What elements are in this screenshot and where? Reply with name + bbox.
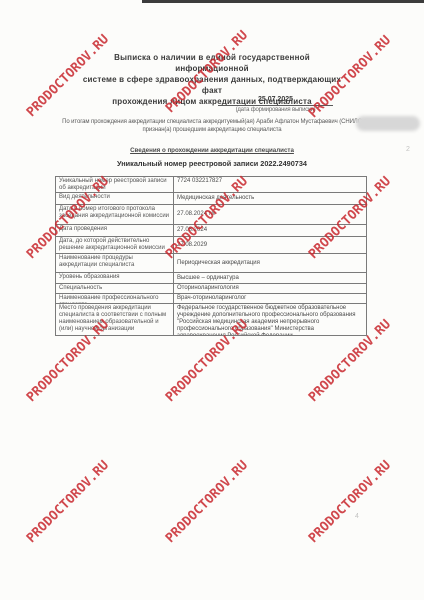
- registry-number-heading: Уникальный номер реестровой записи 2022.…: [42, 159, 382, 168]
- row-label: Дата и номер итогового протокола заседан…: [56, 205, 174, 224]
- issue-date: 25.07.2025: [218, 96, 333, 103]
- row-value: Периодическая аккредитация: [174, 254, 366, 272]
- table-row: Дата проведения 27.08.2024: [56, 224, 366, 236]
- row-value: Оториноларингология: [174, 284, 366, 293]
- snils-redaction-blur: [356, 116, 420, 131]
- scan-artifact: 2: [406, 146, 410, 153]
- row-label: Вид деятельности: [56, 193, 174, 204]
- row-label: Наименование профессионального стандарта: [56, 294, 174, 303]
- accreditation-table: Уникальный номер реестровой записи об ак…: [55, 176, 367, 336]
- table-row: Дата, до которой действительно решение а…: [56, 236, 366, 253]
- table-row: Наименование процедуры аккредитации спец…: [56, 253, 366, 272]
- scan-artifact: 4: [355, 513, 359, 520]
- title-line-1: Выписка о наличии в единой государственн…: [82, 52, 342, 74]
- row-label: Дата проведения: [56, 225, 174, 236]
- table-row: Место проведения аккредитации специалист…: [56, 303, 366, 335]
- row-value: Высшее – ординатура: [174, 273, 366, 283]
- table-row: Дата и номер итогового протокола заседан…: [56, 204, 366, 224]
- row-label: Уровень образования: [56, 273, 174, 283]
- table-row: Специальность Оториноларингология: [56, 283, 366, 293]
- watermark-text: PRODOCTOROV.RU: [24, 458, 112, 546]
- row-value: 27.08.2029: [174, 237, 366, 253]
- scanned-document-page: { "watermark": { "text": "PRODOCTOROV.RU…: [0, 0, 424, 600]
- row-label: Наименование процедуры аккредитации спец…: [56, 254, 174, 272]
- title-line-2: системе в сфере здравоохранения данных, …: [82, 74, 342, 96]
- row-value: 27.08.2024: [174, 225, 366, 236]
- intro-line-1: По итогам прохождения аккредитации специ…: [38, 118, 386, 126]
- date-caption: (дата формирования выписки): [218, 107, 333, 113]
- row-value: Федеральное государственное бюджетное об…: [174, 304, 366, 335]
- table-row: Наименование профессионального стандарта…: [56, 293, 366, 303]
- row-label: Дата, до которой действительно решение а…: [56, 237, 174, 253]
- date-underline: [218, 105, 333, 106]
- row-label: Специальность: [56, 284, 174, 293]
- watermark-text: PRODOCTOROV.RU: [163, 458, 251, 546]
- table-row: Вид деятельности Медицинская деятельност…: [56, 192, 366, 204]
- row-value: Врач-оториноларинголог: [174, 294, 366, 303]
- scan-edge-bar: [142, 0, 424, 3]
- row-label: Место проведения аккредитации специалист…: [56, 304, 174, 335]
- table-row: Уникальный номер реестровой записи об ак…: [56, 177, 366, 192]
- table-row: Уровень образования Высшее – ординатура: [56, 272, 366, 283]
- watermark-text: PRODOCTOROV.RU: [306, 458, 394, 546]
- row-label: Уникальный номер реестровой записи об ак…: [56, 177, 174, 192]
- section-heading: Сведения о прохождении аккредитации спец…: [62, 147, 362, 154]
- row-value: Медицинская деятельность: [174, 193, 366, 204]
- row-value: 7724 032217827: [174, 177, 366, 192]
- row-value: 27.08.2024 №: [174, 205, 366, 224]
- issue-date-block: 25.07.2025 (дата формирования выписки): [218, 96, 333, 113]
- intro-paragraph: По итогам прохождения аккредитации специ…: [38, 118, 386, 134]
- intro-line-2: признан(а) прошедшим аккредитацию специа…: [38, 126, 386, 134]
